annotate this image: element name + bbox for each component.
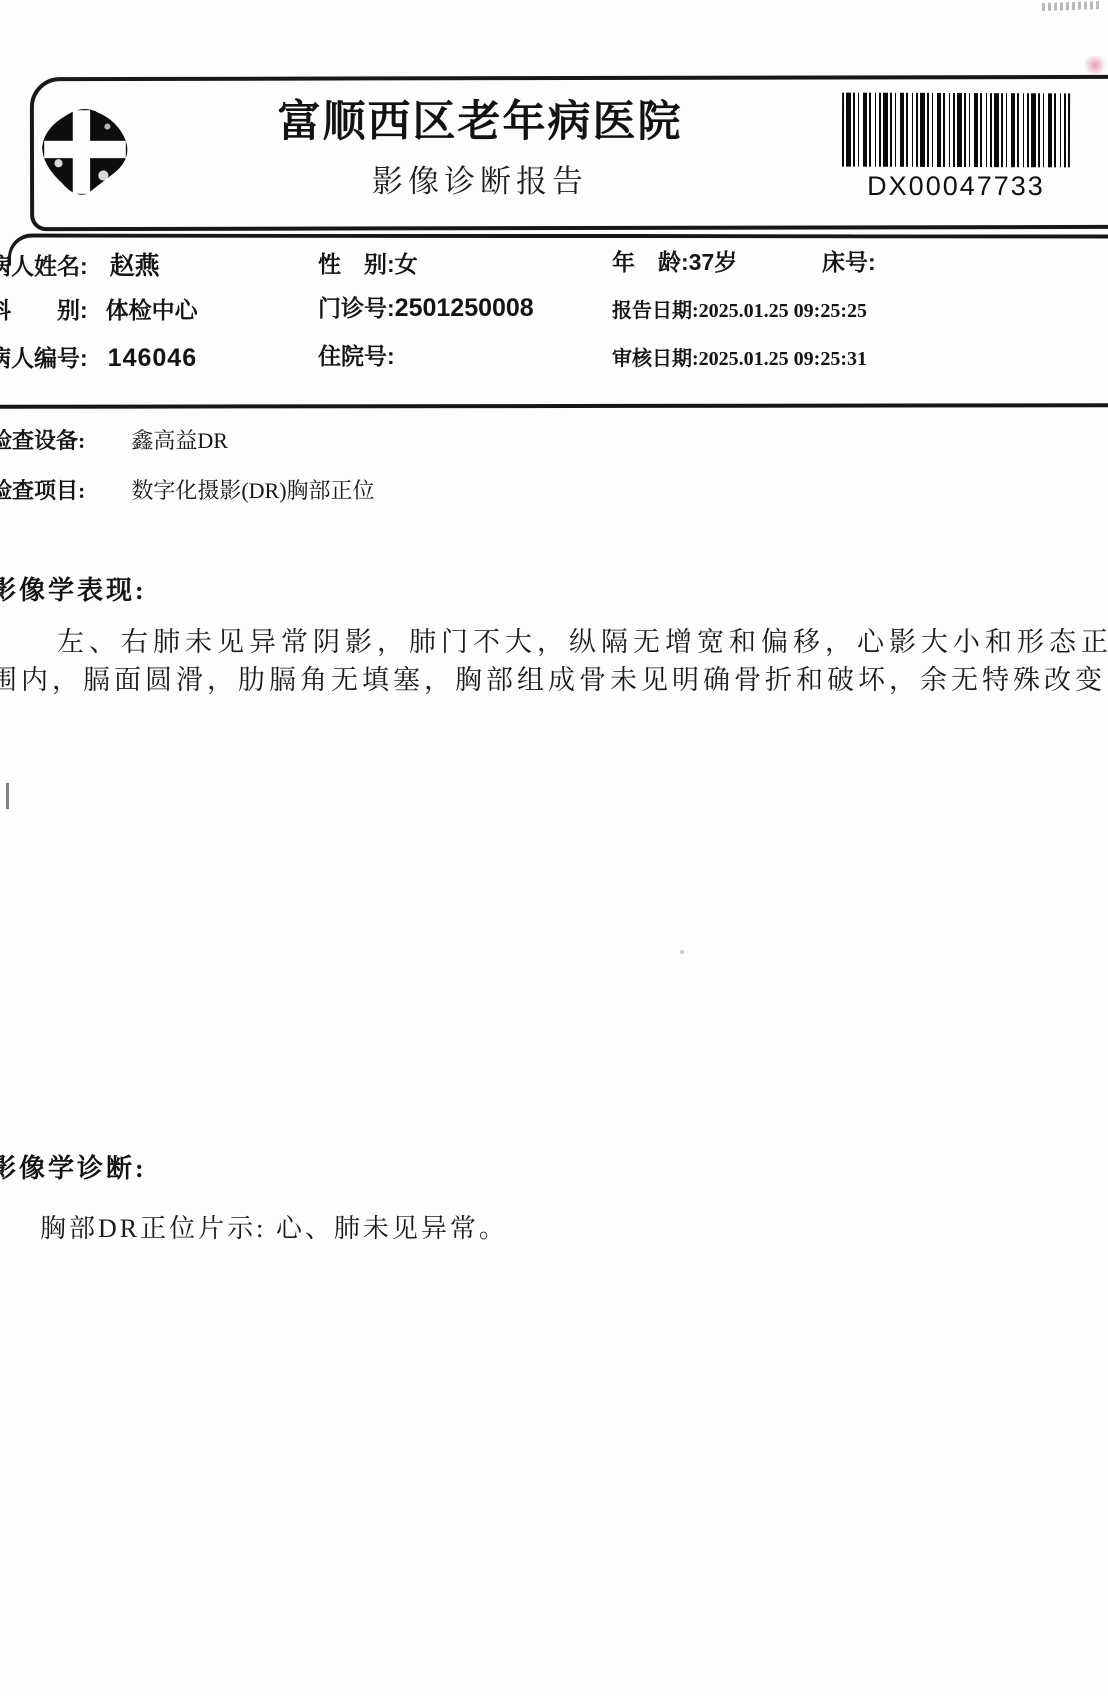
exam-item-label: 检查项目:	[0, 478, 85, 503]
section-divider	[0, 403, 1108, 409]
department-field: 科 别: 体检中心	[0, 292, 198, 325]
findings-line-2: 围内，膈面圆滑，肋膈角无填塞，胸部组成骨未见明确骨折和破坏，余无特殊改变	[0, 658, 1106, 697]
info-section-border	[8, 234, 1108, 267]
gender-value: 女	[395, 251, 418, 277]
scan-noise-corner	[1042, 1, 1102, 11]
outpatient-no-label: 门诊号:	[318, 295, 395, 321]
report-date-label: 报告日期:	[612, 300, 699, 322]
gender-label: 性 别:	[318, 251, 395, 277]
review-date-value: 2025.01.25 09:25:31	[699, 348, 867, 370]
age-field: 年 龄:37岁	[612, 244, 737, 277]
outpatient-no-value: 2501250008	[395, 294, 534, 322]
inpatient-no-field: 住院号:	[318, 338, 395, 371]
scan-noise-smudge	[1082, 56, 1108, 74]
report-page: 富顺西区老年病医院 影像诊断报告 DX00047733 病人姓名: 赵燕 性 别…	[0, 0, 1108, 1696]
exam-device-field: 检查设备: 鑫高益DR	[0, 424, 228, 455]
medical-cross-icon	[34, 100, 136, 202]
diagnosis-text: 胸部DR正位片示: 心、肺未见异常。	[40, 1208, 508, 1245]
review-date-label: 审核日期:	[612, 348, 699, 370]
patient-name-value: 赵燕	[110, 252, 160, 280]
hospital-name: 富顺西区老年病医院	[225, 88, 735, 149]
barcode-block: DX00047733	[842, 93, 1070, 202]
review-date-field: 审核日期:2025.01.25 09:25:31	[612, 342, 867, 371]
department-value: 体检中心	[106, 297, 198, 323]
patient-name-field: 病人姓名: 赵燕	[0, 246, 160, 282]
barcode-icon	[842, 93, 1070, 168]
scan-noise-dot	[680, 950, 684, 954]
header-title-block: 富顺西区老年病医院 影像诊断报告	[225, 88, 735, 201]
outpatient-no-field: 门诊号:2501250008	[318, 290, 534, 323]
age-value: 37岁	[689, 249, 738, 275]
findings-heading: 影像学表现:	[0, 570, 147, 607]
scan-noise-mark	[6, 783, 9, 809]
patient-id-field: 病人编号: 146046	[0, 340, 197, 373]
findings-line-1: 左、右肺未见异常阴影，肺门不大，纵隔无增宽和偏移，心影大小和形态正常	[57, 620, 1108, 659]
patient-id-label: 病人编号:	[0, 345, 88, 371]
patient-id-value: 146046	[108, 344, 197, 372]
inpatient-no-label: 住院号:	[318, 343, 395, 369]
exam-device-value: 鑫高益DR	[131, 428, 228, 453]
report-date-value: 2025.01.25 09:25:25	[699, 300, 867, 322]
bed-field: 床号:	[822, 244, 876, 277]
report-title: 影像诊断报告	[225, 156, 735, 201]
gender-field: 性 别:女	[318, 246, 418, 279]
bed-label: 床号:	[822, 249, 876, 275]
department-label: 科 别:	[0, 297, 88, 323]
exam-device-label: 检查设备:	[0, 428, 85, 453]
patient-name-label: 病人姓名:	[0, 253, 88, 279]
diagnosis-heading: 影像学诊断:	[0, 1148, 147, 1185]
age-label: 年 龄:	[612, 249, 689, 275]
barcode-text: DX00047733	[842, 171, 1070, 202]
report-date-field: 报告日期:2025.01.25 09:25:25	[612, 294, 867, 323]
exam-item-field: 检查项目: 数字化摄影(DR)胸部正位	[0, 474, 375, 505]
exam-item-value: 数字化摄影(DR)胸部正位	[131, 478, 374, 503]
hospital-logo-icon	[34, 100, 136, 202]
